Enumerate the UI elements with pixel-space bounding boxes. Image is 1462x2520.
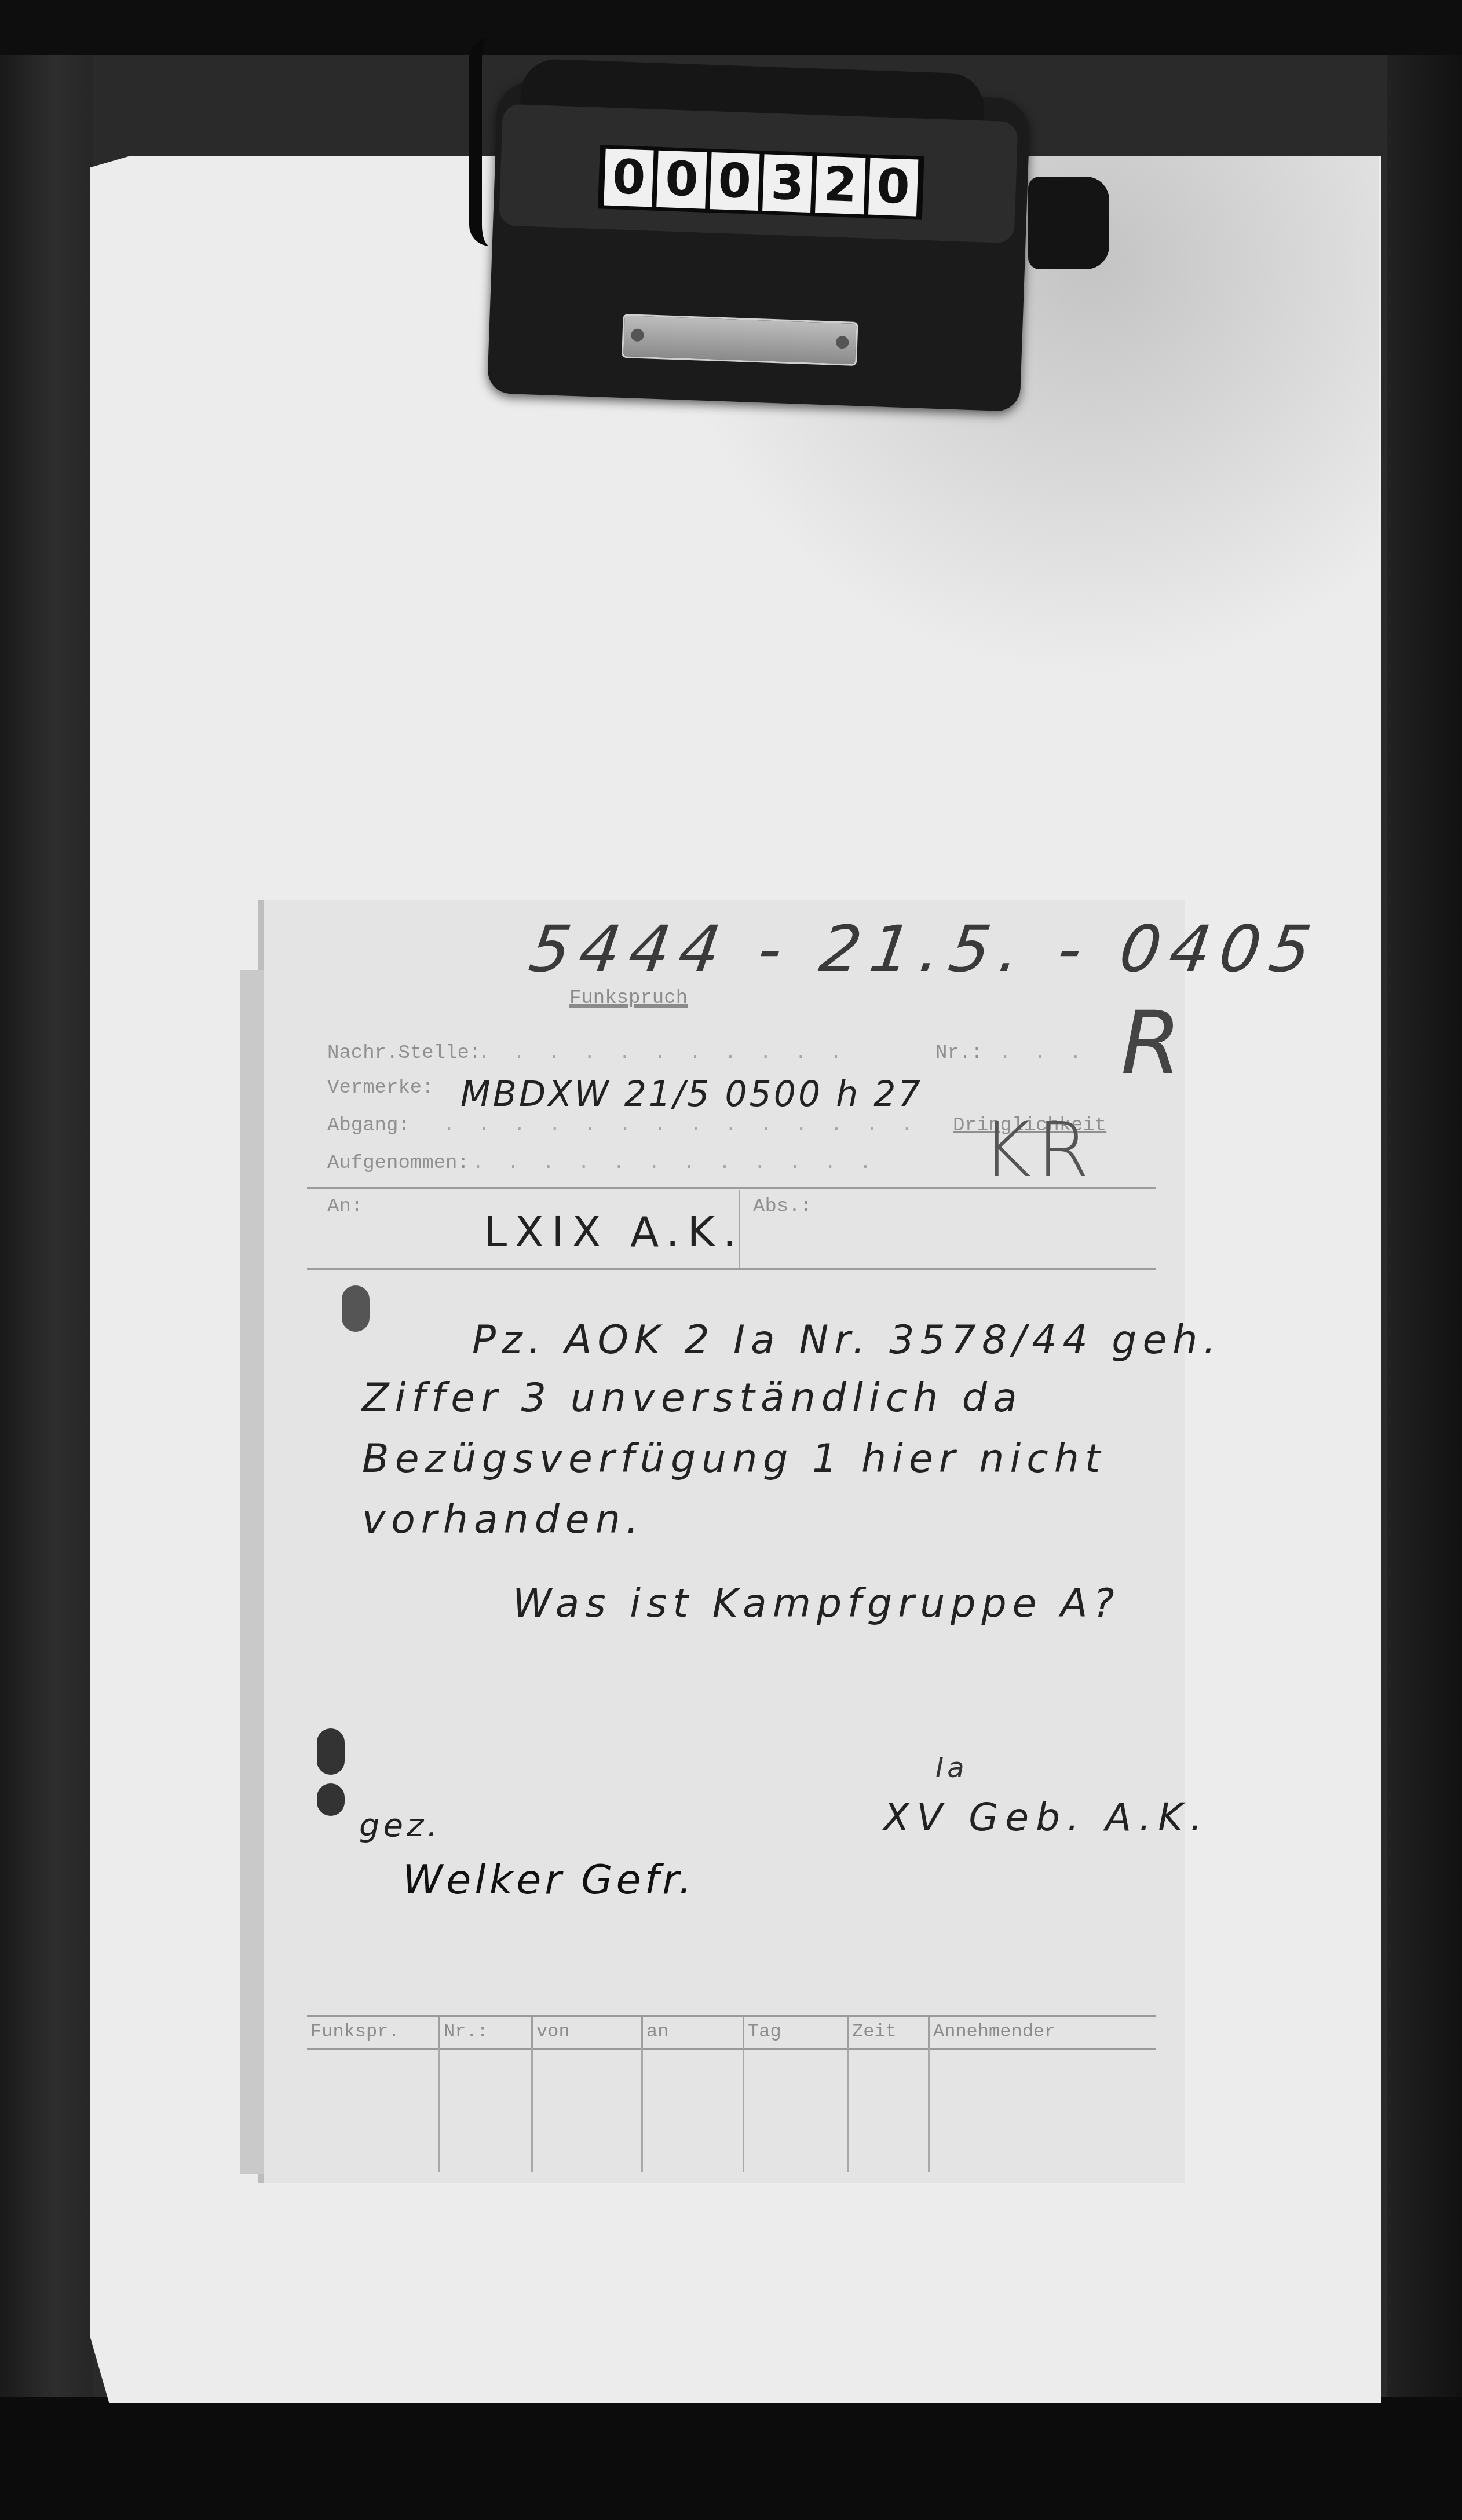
film-frame-top (0, 0, 1462, 55)
film-frame-right-edge (1387, 55, 1462, 2400)
signature-name: Welker Gefr. (403, 1856, 695, 1903)
punch-hole-mark (342, 1285, 370, 1332)
table-cell (849, 2048, 930, 2172)
counter-reset-knob (1028, 177, 1109, 269)
counter-nameplate (622, 314, 858, 366)
col-annehmender: Annehmender (930, 2017, 1156, 2048)
message-line: vorhanden. (362, 1497, 644, 1543)
abgang-dots: . . . . . . . . . . . . . . (443, 1115, 919, 1137)
punch-hole (317, 1783, 345, 1816)
nachr-stelle-label: Nachr.Stelle: (327, 1042, 481, 1064)
col-an: an (643, 2017, 744, 2048)
counter-digit: 0 (868, 158, 919, 217)
counter-digit: 0 (710, 152, 760, 211)
counter-digit: 3 (762, 154, 813, 213)
abs-label: Abs.: (753, 1196, 812, 1218)
an-value: LXIX A.K. (484, 1207, 744, 1256)
table-cell (307, 2048, 440, 2172)
reference-number: 5444 - 21.5. - 0405 (525, 912, 1325, 986)
message-line: Was ist Kampfgruppe A? (513, 1581, 1120, 1627)
counter-digit: 2 (815, 156, 865, 214)
signature-unit: XV Geb. A.K. (883, 1795, 1209, 1840)
film-frame-bottom (0, 2397, 1462, 2520)
aufgenommen-label: Aufgenommen: (327, 1152, 469, 1174)
nachr-stelle-dots: . . . . . . . . . . . (478, 1042, 847, 1064)
counter-body: 0 0 0 3 2 0 (487, 80, 1030, 412)
funkspruch-form: 5444 - 21.5. - 0405 Funkspruch Nachr.Ste… (264, 900, 1185, 2183)
an-label: An: (327, 1196, 363, 1218)
col-zeit: Zeit (849, 2017, 930, 2048)
table-cell (744, 2048, 849, 2172)
header-divider-top (307, 1187, 1156, 1189)
receipt-table-body (307, 2048, 1156, 2172)
counter-digit: 0 (604, 149, 654, 207)
message-line: Ziffer 3 unverständlich da (362, 1375, 1023, 1421)
counter-digit: 0 (657, 151, 707, 209)
frame-counter-device: 0 0 0 3 2 0 (492, 72, 1025, 402)
col-nr: Nr.: (440, 2017, 533, 2048)
col-tag: Tag (744, 2017, 849, 2048)
form-title: Funkspruch (569, 987, 688, 1009)
nr-handwritten-mark: R (1121, 993, 1181, 1094)
dringlichkeit-value: KR (982, 1106, 1095, 1194)
table-cell (440, 2048, 533, 2172)
vermerke-value: MBDXW 21/5 0500 h 27 (460, 1074, 923, 1115)
an-abs-separator (739, 1190, 740, 1268)
col-von: von (533, 2017, 643, 2048)
signature-unit-section: Ia (935, 1752, 968, 1784)
signature-initial: gez. (359, 1807, 441, 1844)
col-funkspr: Funkspr. (307, 2017, 440, 2048)
nr-dots: . . . (999, 1042, 1087, 1064)
header-divider-bottom (307, 1268, 1156, 1270)
abgang-label: Abgang: (327, 1115, 410, 1137)
film-frame-left-edge (0, 55, 93, 2400)
message-line: Bezügsverfügung 1 hier nicht (362, 1436, 1106, 1482)
counter-digit-window: 0 0 0 3 2 0 (598, 145, 924, 219)
punch-hole (317, 1728, 345, 1775)
vermerke-label: Vermerke: (327, 1077, 434, 1099)
nr-label: Nr.: (935, 1042, 983, 1064)
table-cell (930, 2048, 1156, 2172)
table-cell (643, 2048, 744, 2172)
message-line: Pz. AOK 2 Ia Nr. 3578/44 geh. (472, 1317, 1222, 1363)
receipt-table-header: Funkspr. Nr.: von an Tag Zeit Annehmende… (307, 2015, 1156, 2050)
table-cell (533, 2048, 643, 2172)
aufgenommen-dots: . . . . . . . . . . . . (472, 1152, 877, 1174)
form-left-edge (240, 970, 264, 2174)
